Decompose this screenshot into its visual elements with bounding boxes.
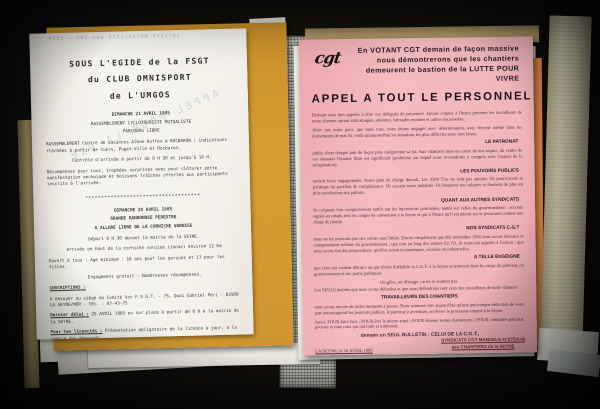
pink-heading: NOS SYNDICATS C.G.T: [313, 226, 523, 234]
pink-doc-header: cgt En VOTANT CGT demain de façon massiv…: [311, 44, 522, 87]
event2-paragraph: Arrivée en haut de la corniche varoise (…: [49, 244, 240, 255]
inscriptions-paragraph: A envoyer au siège du Comité Var F.S.G.T…: [50, 292, 241, 310]
showthrough-text: SOCIETE MUTUALISTE des CNM - CNIM: [47, 33, 179, 42]
separator-stars: ************************************: [47, 193, 238, 203]
left-document-fsgt-flyer: SOCIETE MUTUALISTE des CNM - CNIM APPEL …: [29, 28, 253, 339]
pink-paragraph: nous avons encore de rudes moments à pas…: [315, 302, 525, 317]
event2-paragraph: Départ 9 H 30 devant la mairie de la SEY…: [48, 234, 239, 245]
pink-footer-date: LA SEYNE, le 16 AVRIL 1985: [315, 347, 373, 353]
pink-center-line: On gêne, on dérange, on ne se soumet pas…: [314, 277, 524, 285]
signature-line2: des CHANTIERS de la SEYNE: [451, 344, 514, 350]
pink-paragraph: que ceux qui veulent détruire ou qui rêv…: [314, 262, 524, 277]
pink-paragraph: Alors que notre pays, que nous tous, nou…: [312, 124, 522, 139]
pink-paragraph: Aussi, POUR faire face ; POUR être le mi…: [315, 316, 525, 331]
pink-heading: TRAVAILLEURS DES CHANTIERS: [314, 294, 524, 302]
pink-paragraph: Demain vous êtes appelés à élire vos dél…: [312, 110, 522, 125]
pink-doc-intro: En VOTANT CGT demain de façon massive no…: [346, 44, 521, 86]
pink-heading: QUANT AUX AUTRES SYNDICATS: [313, 197, 523, 205]
inscriptions-lead: Pour les licenciés :: [51, 329, 103, 335]
pink-paragraph: jubile, dicte chaque jour de façon plus …: [312, 147, 522, 168]
pink-paragraph: Les SEULS intérêts que nous avons défend…: [314, 285, 524, 294]
pink-footer-signature: SYNDICATS CGT MANUELS et ETDA-M des CHAN…: [441, 337, 525, 352]
pink-paragraph: Ils calquent leur comportement tantôt su…: [313, 205, 523, 226]
event1-paragraph: Récompenses pour tous, trophées surprise…: [47, 165, 238, 189]
cgt-logo: cgt: [314, 48, 342, 67]
pink-heading: LE PATRONAT: [312, 140, 522, 148]
signature-line1: SYNDICATS CGT MANUELS et ETDA-M: [441, 337, 525, 343]
event2-paragraph: Engagement gratuit - Nombreuses récompen…: [49, 271, 240, 282]
pink-paragraph: nous ne les parerons pas des vertus sans…: [314, 234, 524, 255]
pink-doc-footer: LA SEYNE, le 16 AVRIL 1985 SYNDICATS CGT…: [315, 337, 525, 353]
inscriptions-paragraph: Dernier délai : 25 AVRIL 1985 ou sur pla…: [50, 309, 241, 327]
event2-paragraph: Ouvert à tous : Age minimum : 16 ans pou…: [49, 254, 240, 272]
pink-heading: A TELLE ENSEIGNE: [314, 255, 524, 263]
pink-paragraph: renient leurs engagements. Notre plan de…: [313, 176, 523, 197]
right-document-cgt-tract: cgt En VOTANT CGT demain de façon massiv…: [299, 36, 537, 355]
inscriptions-heading: INSCRIPTIONS :: [49, 286, 85, 292]
left-doc-event2-header: DIMANCHE 28 AVRIL 1985 GRANDE RANDONNEE …: [48, 205, 240, 235]
inscriptions-lead: Dernier délai :: [50, 313, 89, 319]
pink-doc-title: APPEL A TOUT LE PERSONNEL: [312, 90, 522, 105]
photo-of-open-binder: SOCIETE MUTUALISTE des CNM - CNIM APPEL …: [0, 0, 600, 409]
pink-heading: LES POUVOIRS PUBLICS: [313, 168, 523, 176]
binder-cloth-ribbon: [540, 15, 591, 352]
